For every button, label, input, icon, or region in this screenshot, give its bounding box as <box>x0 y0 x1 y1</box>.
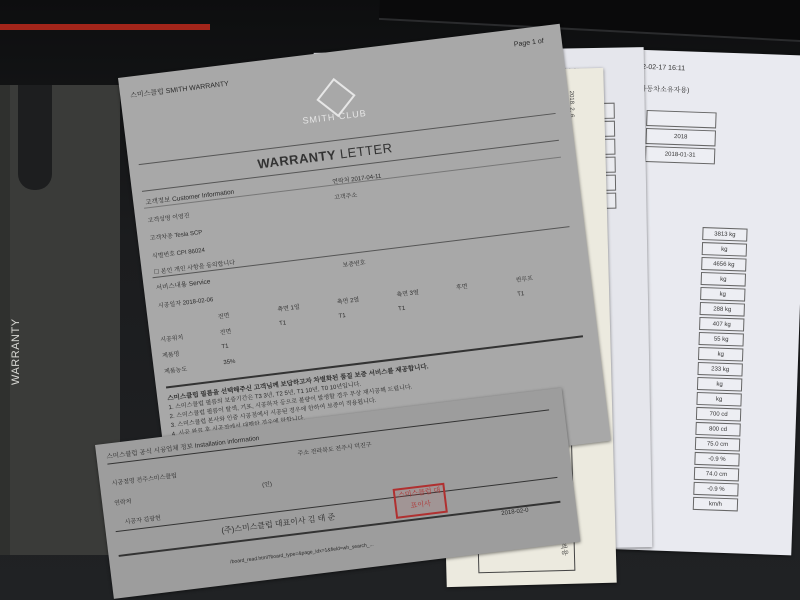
measurement: -0.9 % <box>693 482 738 497</box>
company-seal: 스미스클럽 대표이사 <box>393 483 448 519</box>
measurement: 74.0 cm <box>694 467 739 482</box>
vehicle: Tesla SCP <box>174 230 203 239</box>
form-date: 2018-01-31 <box>645 146 716 164</box>
measurement: 700 cd <box>696 407 741 422</box>
measurement: kg <box>702 242 747 257</box>
vehicle-id: CPI 86024 <box>176 248 205 257</box>
service-date: 2018-02-06 <box>182 297 213 307</box>
measurement: 3813 kg <box>702 227 747 242</box>
measurement: 4656 kg <box>701 257 746 272</box>
measurement: kg <box>696 392 741 407</box>
measurement: km/h <box>693 497 738 512</box>
form-time: 12-02-17 16:11 <box>638 64 685 73</box>
letter-header: 스미스클럽 SMITH WARRANTY <box>130 79 230 101</box>
measurement: 55 kg <box>698 332 743 347</box>
customer-name: 이영진 <box>172 213 190 221</box>
letter-title: WARRANTY LETTER <box>257 140 394 171</box>
measurement: kg <box>697 377 742 392</box>
measurement: kg <box>700 287 745 302</box>
measurement: 407 kg <box>699 317 744 332</box>
form-year: 2018 <box>645 128 716 146</box>
sleeve-notch <box>18 85 52 190</box>
service-section: 서비스내용 Service <box>155 276 211 292</box>
measurement: 75.0 cm <box>695 437 740 452</box>
measurement: -0.9 % <box>694 452 739 467</box>
agreement-checkbox: ☐ 본인 개인 사항을 동의합니다 <box>153 257 235 276</box>
measurement: 288 kg <box>700 302 745 317</box>
installer-name: 김광현 <box>143 516 161 524</box>
page-label: Page 1 of <box>514 38 545 49</box>
measurement: 233 kg <box>697 362 742 377</box>
red-strip <box>0 24 210 30</box>
measurement: 800 cd <box>695 422 740 437</box>
sleeve-back <box>0 85 10 555</box>
print-url: /board_read.html?board_type=&page_idx=1&… <box>230 542 374 566</box>
measurement: kg <box>701 272 746 287</box>
form-heading: (자동차소유자용) <box>637 84 689 96</box>
measurement: kg <box>698 347 743 362</box>
sleeve-label: WARRANTY <box>10 318 22 385</box>
